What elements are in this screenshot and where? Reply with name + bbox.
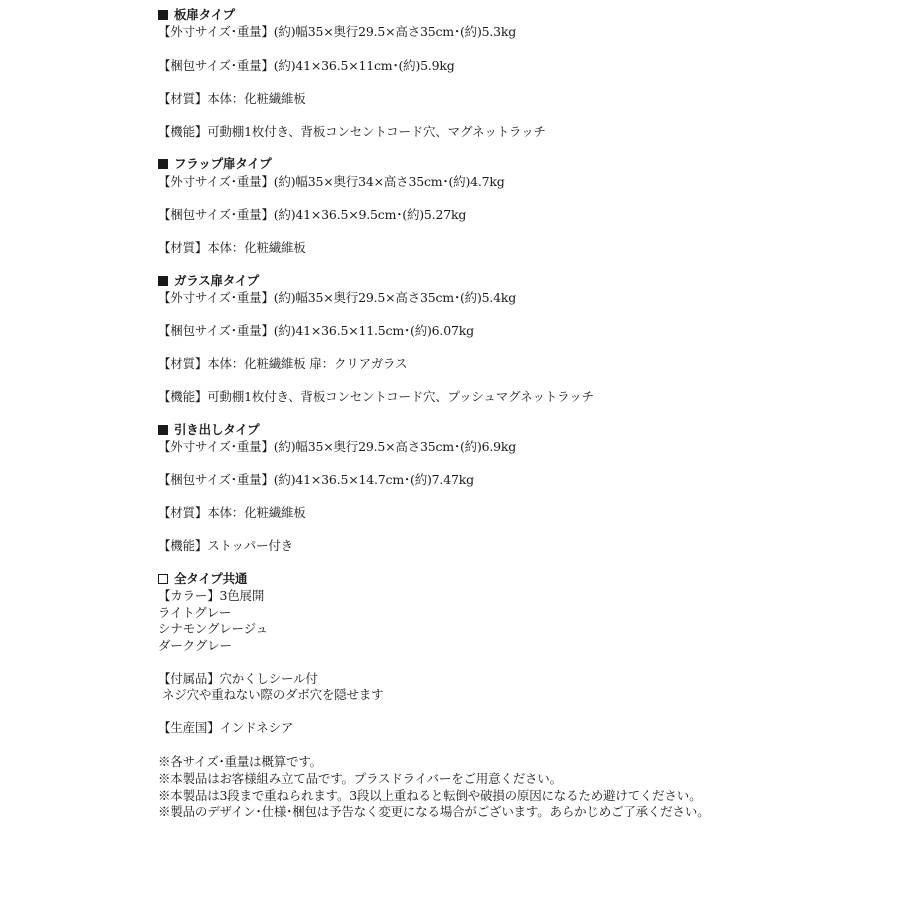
- note-sizes-approx: ※各サイズ･重量は概算です。: [158, 753, 322, 770]
- spec-package-size: 【梱包サイズ･重量】(約)41×36.5×11cm･(約)5.9kg: [158, 57, 455, 74]
- section-heading-drawer: 引き出しタイプ: [158, 421, 259, 438]
- spec-function: 【機能】ストッパー付き: [158, 537, 293, 554]
- spec-material: 【材質】本体：化粧繊維板: [158, 239, 306, 256]
- accessory-note: ネジ穴や重ねない際のダボ穴を隠せます: [158, 686, 383, 703]
- section-title: 板扉タイプ: [174, 7, 235, 22]
- filled-square-icon: [158, 425, 168, 435]
- note-design-changes: ※製品のデザイン･仕様･梱包は予告なく変更になる場合がございます。あらかじめご了…: [158, 803, 709, 820]
- spec-outer-size: 【外寸サイズ･重量】(約)幅35×奥行29.5×高さ35cm･(約)5.4kg: [158, 289, 516, 306]
- spec-material: 【材質】本体：化粧繊維板: [158, 504, 306, 521]
- spec-function: 【機能】可動棚1枚付き、背板コンセントコード穴、マグネットラッチ: [158, 123, 546, 140]
- color-option-cinnamon-greige: シナモングレージュ: [158, 620, 268, 637]
- spec-outer-size: 【外寸サイズ･重量】(約)幅35×奥行29.5×高さ35cm･(約)5.3kg: [158, 23, 516, 40]
- note-assembly-required: ※本製品はお客様組み立て品です。プラスドライバーをご用意ください。: [158, 770, 562, 787]
- spec-package-size: 【梱包サイズ･重量】(約)41×36.5×14.7cm･(約)7.47kg: [158, 471, 474, 488]
- section-title: ガラス扉タイプ: [174, 273, 259, 288]
- accessory-label: 【付属品】穴かくしシール付: [158, 670, 318, 687]
- filled-square-icon: [158, 159, 168, 169]
- color-option-dark-gray: ダークグレー: [158, 637, 232, 654]
- filled-square-icon: [158, 10, 168, 20]
- section-heading-common: 全タイプ共通: [158, 570, 247, 587]
- section-heading-glass-door: ガラス扉タイプ: [158, 272, 259, 289]
- section-title: 全タイプ共通: [174, 571, 247, 586]
- spec-material: 【材質】本体：化粧繊維板: [158, 90, 306, 107]
- section-heading-flap-door: フラップ扉タイプ: [158, 155, 272, 172]
- spec-outer-size: 【外寸サイズ･重量】(約)幅35×奥行34×高さ35cm･(約)4.7kg: [158, 173, 505, 190]
- country-of-origin: 【生産国】インドネシア: [158, 719, 293, 736]
- spec-material: 【材質】本体：化粧繊維板 扉：クリアガラス: [158, 355, 407, 372]
- note-stacking-limit: ※本製品は3段まで重ねられます。3段以上重ねると転倒や破損の原因になるため避けて…: [158, 787, 701, 804]
- filled-square-icon: [158, 276, 168, 286]
- spec-package-size: 【梱包サイズ･重量】(約)41×36.5×9.5cm･(約)5.27kg: [158, 206, 466, 223]
- spec-outer-size: 【外寸サイズ･重量】(約)幅35×奥行29.5×高さ35cm･(約)6.9kg: [158, 438, 516, 455]
- spec-function: 【機能】可動棚1枚付き、背板コンセントコード穴、プッシュマグネットラッチ: [158, 388, 594, 405]
- open-square-icon: [158, 574, 168, 584]
- color-label: 【カラー】3色展開: [158, 587, 264, 604]
- section-title: フラップ扉タイプ: [174, 156, 272, 171]
- section-heading-panel-door: 板扉タイプ: [158, 6, 235, 23]
- section-title: 引き出しタイプ: [174, 422, 259, 437]
- color-option-light-gray: ライトグレー: [158, 604, 231, 621]
- spec-package-size: 【梱包サイズ･重量】(約)41×36.5×11.5cm･(約)6.07kg: [158, 322, 474, 339]
